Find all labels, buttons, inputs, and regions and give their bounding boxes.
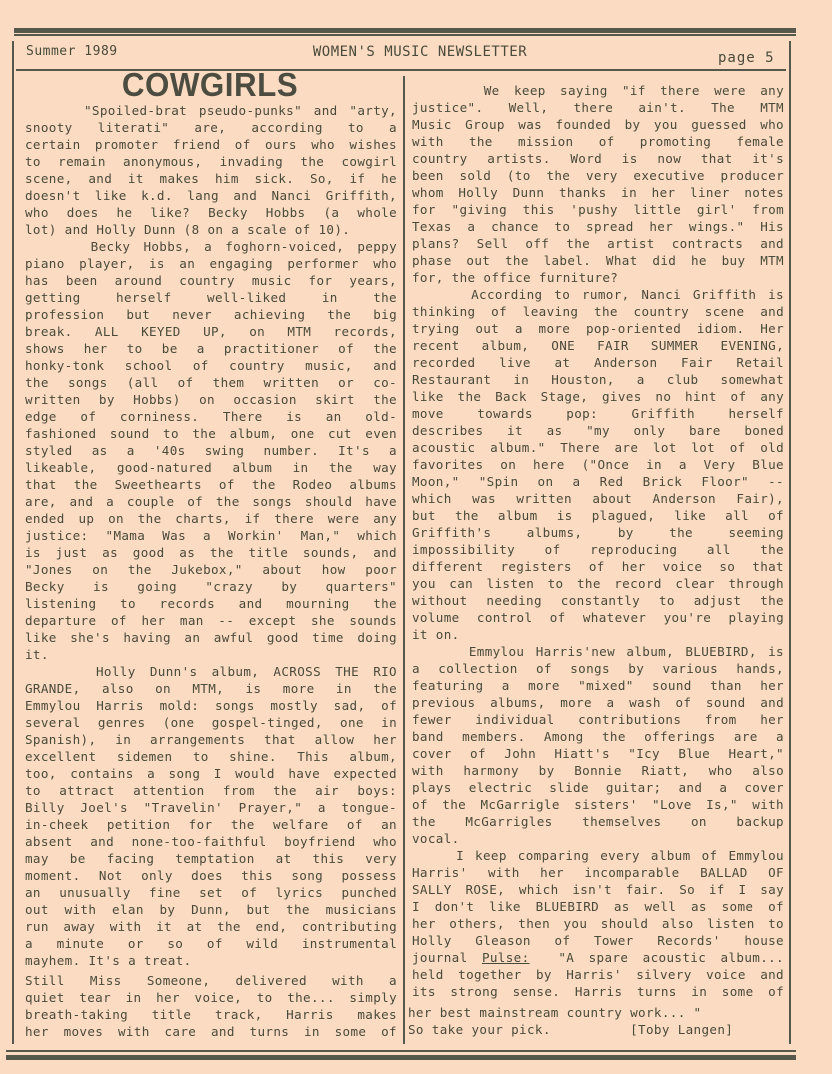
text-line: quiet tear in her voice, to the... simpl… [25, 989, 397, 1006]
text-line: absent and none-too-faithful boyfriend w… [25, 833, 397, 850]
text-line: "Spoiled-brat pseudo-punks" and "arty, [25, 102, 397, 119]
text-line: been sold (to the very executive produce… [412, 167, 784, 184]
text-line: to remain anonymous, invading the cowgir… [25, 153, 397, 170]
text-line: ended up on the charts, if there were an… [25, 510, 397, 527]
text-line: the songs (all of them written or co- [25, 374, 397, 391]
publication-title: WOMEN'S MUSIC NEWSLETTER [190, 44, 650, 60]
text-line: justice: "Mama Was a Workin' Man," which [25, 527, 397, 544]
text-line: listening to records and mourning the [25, 595, 397, 612]
text-line: Moon," "Spin on a Red Brick Floor" -- [412, 473, 784, 490]
text-line: Harris' with her incomparable BALLAD OF [412, 864, 784, 881]
text-line: a collection of songs by various hands, [412, 660, 784, 677]
left-column: "Spoiled-brat pseudo-punks" and "arty,sn… [25, 102, 397, 1040]
text-line: like the Back Stage, gives no hint of an… [412, 388, 784, 405]
article-headline: COWGIRLS [30, 66, 391, 104]
text-line: Billy Joel's "Travelin' Prayer," a tongu… [25, 799, 397, 816]
frame-right-border [789, 41, 791, 1044]
byline-toby-langen: So take your pick. [Toby Langen] [408, 1021, 784, 1038]
text-line: phase out the label. What did he buy MTM [412, 252, 784, 269]
text-line: for "giving this 'pushy little girl' fro… [412, 201, 784, 218]
text-line: cover of John Hiatt's "Icy Blue Heart," [412, 745, 784, 762]
text-line: GRANDE, also on MTM, is more in the [25, 680, 397, 697]
text-line: an unusually fine set of lyrics punched [25, 884, 397, 901]
text-line: I keep comparing every album of Emmylou [412, 847, 784, 864]
text-line: Emmylou Harris mold: songs mostly sad, o… [25, 697, 397, 714]
text-line: likeable, good-natured album in the way [25, 459, 397, 476]
text-line: trying out a more pop-oriented idiom. He… [412, 320, 784, 337]
text-line: it. [25, 646, 397, 663]
bottom-double-rule [6, 1050, 796, 1060]
text-line: has been around country music for years, [25, 272, 397, 289]
text-line: breath-taking title track, Harris makes [25, 1006, 397, 1023]
text-line: honky-tonk school of country music, and [25, 357, 397, 374]
text-line: whom Holly Dunn thanks in her liner note… [412, 184, 784, 201]
text-line: her moves with care and turns in some of [25, 1023, 397, 1040]
text-line: like she's having an awful good time doi… [25, 629, 397, 646]
text-line: her others, then you should also listen … [412, 915, 784, 932]
text-line: for, the office furniture? [412, 269, 784, 286]
text-line: that the Sweethearts of the Rodeo albums [25, 476, 397, 493]
text-line: of the McGarrigle sisters' "Love Is," wi… [412, 796, 784, 813]
text-line: vocal. [412, 830, 784, 847]
text-line: with harmony by Bonnie Riatt, who also [412, 762, 784, 779]
text-line: run away with it at the end, contributin… [25, 918, 397, 935]
text-line: in-cheek petition for the welfare of an [25, 816, 397, 833]
text-line: Becky is going "crazy by quarters" [25, 578, 397, 595]
text-line: featuring a more "mixed" sound than her [412, 677, 784, 694]
text-line: previous albums, more a wash of sound an… [412, 694, 784, 711]
text-line: to attract attention from the air boys: [25, 782, 397, 799]
text-line: excellent sidemen to shine. This album, [25, 748, 397, 765]
text-line: Emmylou Harris'new album, BLUEBIRD, is [412, 643, 784, 660]
frame-left-border [12, 41, 14, 1044]
text-line: Music Group was founded by you guessed w… [412, 116, 784, 133]
text-line: Still Miss Someone, delivered with a [25, 972, 397, 989]
text-line: but the album is plagued, like all of [412, 507, 784, 524]
text-line: "Jones on the Jukebox," about how poor [25, 561, 397, 578]
text-line: Restaurant in Houston, a club somewhat [412, 371, 784, 388]
text-line: Spanish), in arrangements that allow her [25, 731, 397, 748]
text-line: SALLY ROSE, which isn't fair. So if I sa… [412, 881, 784, 898]
text-line: justice". Well, there ain't. The MTM [412, 99, 784, 116]
text-line: the McGarrigles themselves on backup [412, 813, 784, 830]
text-line: describes it as "my only bare boned [412, 422, 784, 439]
text-line: recorded live at Anderson Fair Retail [412, 354, 784, 371]
text-line: held together by Harris' silvery voice a… [412, 966, 784, 983]
text-line: country artists. Word is now that it's [412, 150, 784, 167]
text-line: Griffith's albums, by the seeming [412, 524, 784, 541]
text-line: scene, and it makes him sick. So, if he [25, 170, 397, 187]
text-line: fewer individual contributions from her [412, 711, 784, 728]
text-line: move towards pop: Griffith herself [412, 405, 784, 422]
journal-name-pulse: Pulse: [482, 950, 530, 965]
text-line: plays electric slide guitar; and a cover [412, 779, 784, 796]
text-line: too, contains a song I would have expect… [25, 765, 397, 782]
page-number: page 5 [718, 50, 775, 66]
text-line: styled as a '40s swing number. It's a [25, 442, 397, 459]
text-line: favorites on here ("Once in a Very Blue [412, 456, 784, 473]
text-line: We keep saying "if there were any [412, 82, 784, 99]
text-line: which was written about Anderson Fair), [412, 490, 784, 507]
text-line: lot) and Holly Dunn (8 on a scale of 10)… [25, 221, 397, 238]
text-line: who does he like? Becky Hobbs (a whole [25, 204, 397, 221]
text-line: certain promoter friend of ours who wish… [25, 136, 397, 153]
text-line: several genres (one gospel-tinged, one i… [25, 714, 397, 731]
text-line: volume control of whatever you're playin… [412, 609, 784, 626]
text-line: edge of corniness. There is an old- [25, 408, 397, 425]
text-line: band members. Among the offerings are a [412, 728, 784, 745]
pulse-prefix: journal [412, 950, 482, 965]
text-line: piano player, is an engaging performer w… [25, 255, 397, 272]
text-line: I don't like BLUEBIRD as well as some of [412, 898, 784, 915]
text-line: recent album, ONE FAIR SUMMER EVENING, [412, 337, 784, 354]
text-line: departure of her man -- except she sound… [25, 612, 397, 629]
text-line: shows her to be a practitioner of the [25, 340, 397, 357]
text-line: its strong sense. Harris turns in some o… [412, 983, 784, 1000]
text-line: getting herself well-liked in the [25, 289, 397, 306]
text-line: out with elan by Dunn, but the musicians [25, 901, 397, 918]
text-line: Becky Hobbs, a foghorn-voiced, peppy [25, 238, 397, 255]
text-line: written by Hobbs) on occasion skirt the [25, 391, 397, 408]
text-line: are, and a couple of the songs should ha… [25, 493, 397, 510]
closing-line: her best mainstream country work... " [408, 1004, 784, 1021]
text-line: impossibility of reproducing all the [412, 541, 784, 558]
right-column: We keep saying "if there were anyjustice… [412, 82, 784, 1038]
text-line: Holly Dunn's album, ACROSS THE RIO [25, 663, 397, 680]
text-line: is just as good as the title sounds, and [25, 544, 397, 561]
text-line: fashioned sound to the album, one cut ev… [25, 425, 397, 442]
issue-date: Summer 1989 [26, 44, 118, 59]
text-line: without needing constantly to adjust the [412, 592, 784, 609]
text-line: doesn't like k.d. lang and Nanci Griffit… [25, 187, 397, 204]
text-line: different registers of her voice so that [412, 558, 784, 575]
text-line: it on. [412, 626, 784, 643]
text-line: you can listen to the record clear throu… [412, 575, 784, 592]
text-line: with the mission of promoting female [412, 133, 784, 150]
text-line: thinking of leaving the country scene an… [412, 303, 784, 320]
text-line: moment. Not only does this song possess [25, 867, 397, 884]
pulse-quote-line: journal Pulse: "A spare acoustic album..… [412, 949, 784, 966]
pulse-quote: "A spare acoustic album... [530, 950, 784, 965]
text-line: According to rumor, Nanci Griffith is [412, 286, 784, 303]
text-line: plans? Sell off the artist contracts and [412, 235, 784, 252]
text-line: mayhem. It's a treat. [25, 952, 397, 969]
text-line: may be facing temptation at this very [25, 850, 397, 867]
text-line: acoustic album." There are lot lot of ol… [412, 439, 784, 456]
top-double-rule [14, 28, 796, 36]
text-line: Holly Gleason of Tower Records' house [412, 932, 784, 949]
column-divider [403, 76, 405, 1044]
text-line: profession but never achieving the big [25, 306, 397, 323]
text-line: a minute or so of wild instrumental [25, 935, 397, 952]
text-line: snooty literati" are, according to a [25, 119, 397, 136]
text-line: break. ALL KEYED UP, on MTM records, [25, 323, 397, 340]
text-line: Texas a chance to spread her wings." His [412, 218, 784, 235]
